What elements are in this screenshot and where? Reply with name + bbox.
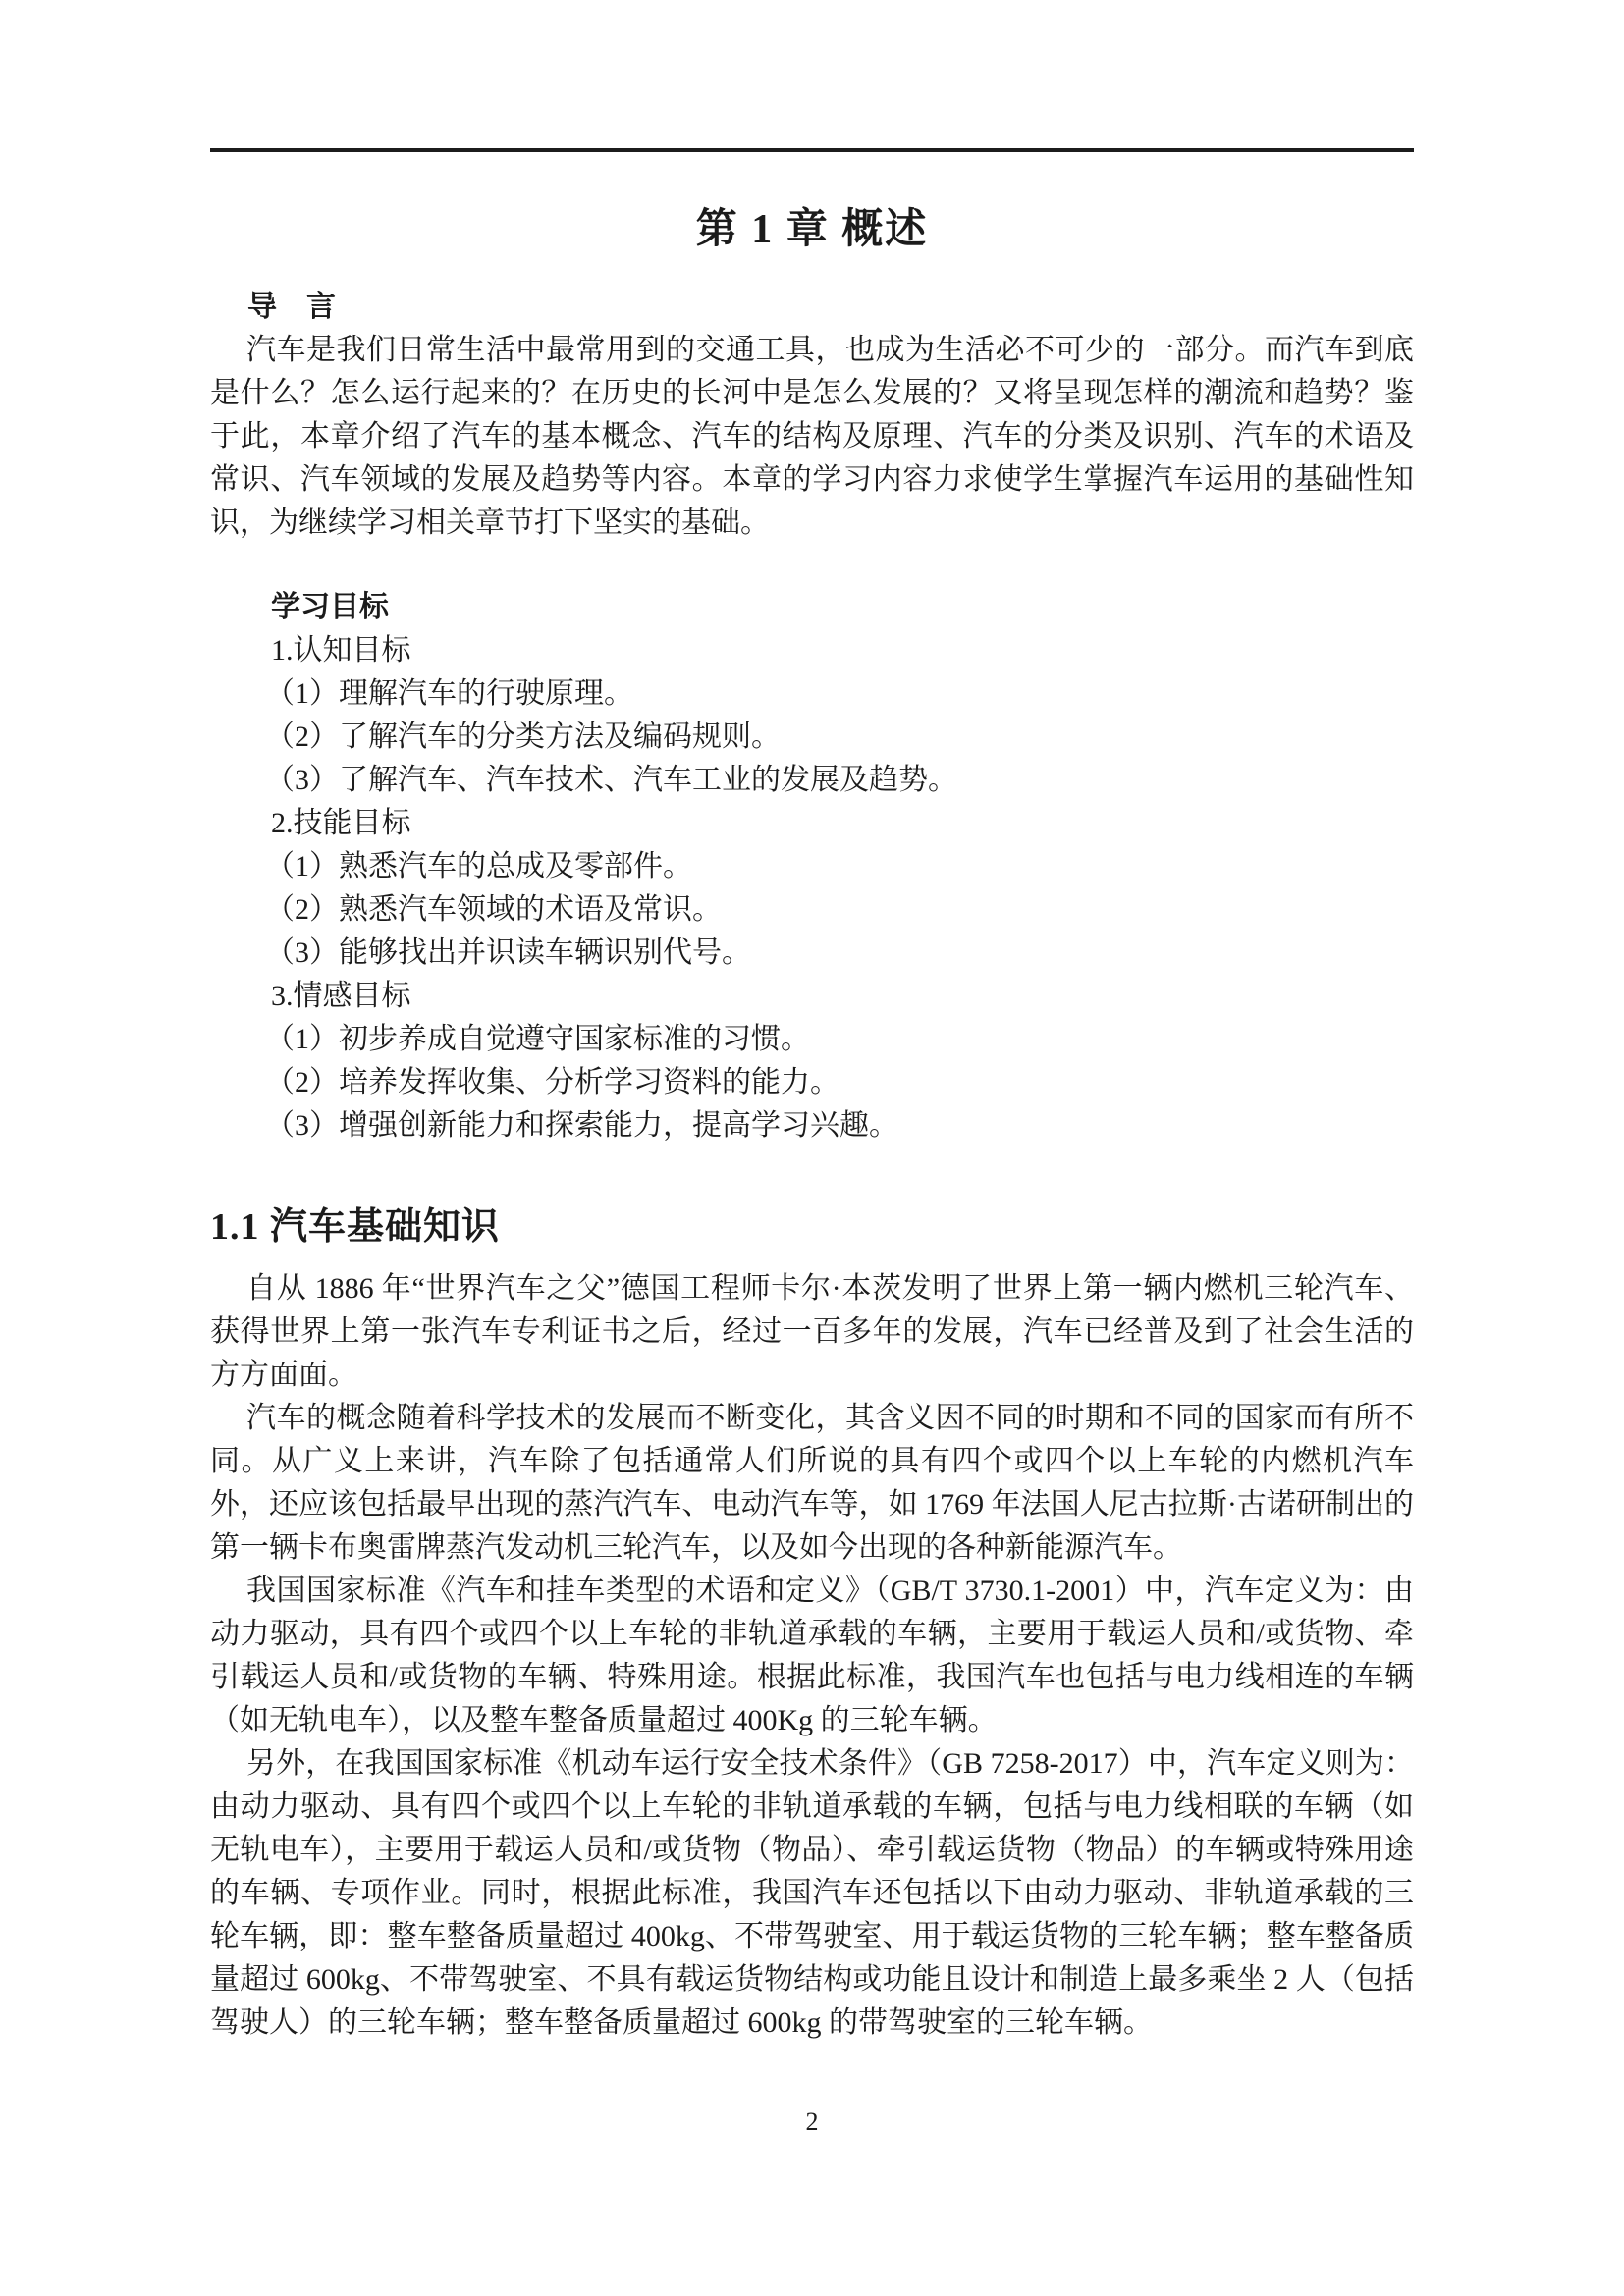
objective-item: （1）熟悉汽车的总成及零部件。 (210, 845, 1414, 888)
objective-item: （3）增强创新能力和探索能力，提高学习兴趣。 (210, 1104, 1414, 1148)
header-rule (210, 148, 1414, 152)
objective-item: （3）了解汽车、汽车技术、汽车工业的发展及趋势。 (210, 759, 1414, 802)
body-paragraph: 另外，在我国国家标准《机动车运行安全技术条件》（GB 7258-2017）中，汽… (210, 1742, 1414, 2045)
objective-item: （2）熟悉汽车领域的术语及常识。 (210, 888, 1414, 932)
body-paragraph: 自从 1886 年“世界汽车之父”德国工程师卡尔·本茨发明了世界上第一辆内燃机三… (210, 1267, 1414, 1397)
objective-item: （3）能够找出并识读车辆识别代号。 (210, 932, 1414, 975)
page-number: 2 (0, 2108, 1624, 2137)
intro-heading: 导 言 (210, 286, 1414, 329)
page-content: 导 言 汽车是我们日常生活中最常用到的交通工具，也成为生活必不可少的一部分。而汽… (210, 286, 1414, 2045)
body-paragraph: 我国国家标准《汽车和挂车类型的术语和定义》（GB/T 3730.1-2001）中… (210, 1570, 1414, 1742)
objectives-heading: 学习目标 (210, 586, 1414, 629)
body-paragraph: 汽车的概念随着科学技术的发展而不断变化，其含义因不同的时期和不同的国家而有所不同… (210, 1397, 1414, 1570)
objective-item: （1）理解汽车的行驶原理。 (210, 672, 1414, 716)
objective-item: 2.技能目标 (210, 802, 1414, 845)
objective-item: （2）培养发挥收集、分析学习资料的能力。 (210, 1061, 1414, 1104)
section-heading: 1.1 汽车基础知识 (210, 1201, 1414, 1254)
intro-paragraph: 汽车是我们日常生活中最常用到的交通工具，也成为生活必不可少的一部分。而汽车到底是… (210, 329, 1414, 545)
objective-item: 3.情感目标 (210, 975, 1414, 1018)
objective-item: （2）了解汽车的分类方法及编码规则。 (210, 716, 1414, 759)
objective-item: 1.认知目标 (210, 629, 1414, 672)
chapter-title: 第 1 章 概述 (0, 201, 1624, 258)
objective-item: （1）初步养成自觉遵守国家标准的习惯。 (210, 1018, 1414, 1061)
document-page: 第 1 章 概述 导 言 汽车是我们日常生活中最常用到的交通工具，也成为生活必不… (0, 0, 1624, 2296)
learning-objectives: 学习目标 1.认知目标 （1）理解汽车的行驶原理。 （2）了解汽车的分类方法及编… (210, 586, 1414, 1148)
